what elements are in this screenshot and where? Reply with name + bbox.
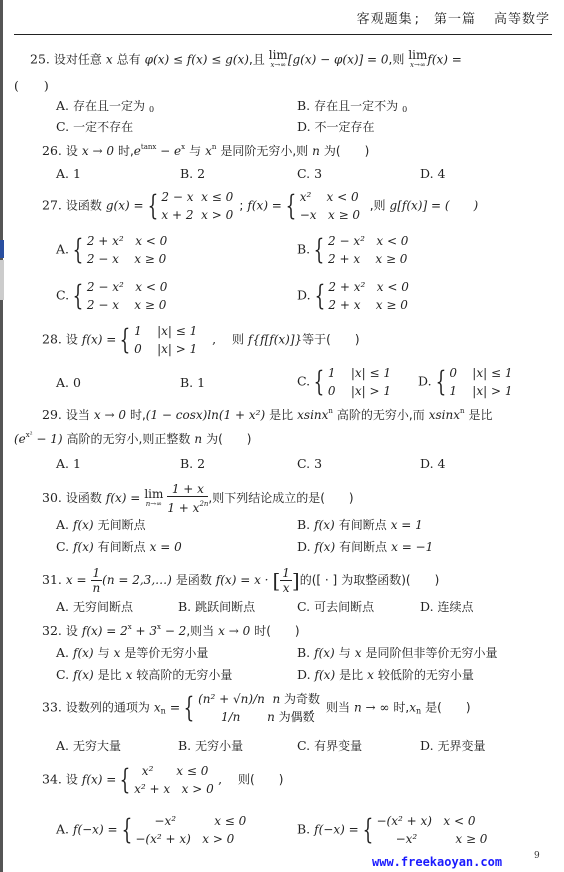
- option-27-d: D.{2 + x² x < 02 + x x ≥ 0: [297, 278, 409, 314]
- option-32-c: C. f(x) 是比 x 较高阶的无穷小量: [56, 666, 232, 683]
- page-header: 客观题集;第一篇高等数学: [357, 8, 550, 27]
- option-27-b: B.{2 − x² x < 02 + x x ≥ 0: [297, 232, 408, 268]
- option-25-b: B. 存在且一定不为 0: [297, 97, 407, 114]
- option-28-b: B. 1: [180, 375, 205, 390]
- header-book: 客观题集: [357, 12, 413, 27]
- question-32-stem: 32. 设 f(x) = 2x + 3x − 2,则当 x → 0 时( ): [42, 622, 300, 639]
- option-32-a: A. f(x) 与 x 是等价无穷小量: [56, 644, 208, 661]
- question-29-stem: 29. 设当 x → 0 时,(1 − cosx)ln(1 + x²) 是比 x…: [42, 406, 493, 423]
- option-31-a: A. 无穷间断点: [56, 598, 133, 615]
- option-30-a: A. f(x) 无间断点: [56, 516, 146, 533]
- header-rule: [14, 34, 552, 35]
- option-34-a: A. f(−x) ={ −x² x ≤ 0−(x² + x) x > 0: [56, 812, 246, 848]
- option-34-b: B. f(−x) ={−(x² + x) x < 0 −x² x ≥ 0: [297, 812, 487, 848]
- left-window-border: [0, 0, 3, 872]
- page-number: 9: [534, 851, 540, 861]
- option-30-d: D. f(x) 有间断点 x = −1: [297, 538, 433, 555]
- option-27-c: C.{2 − x² x < 02 − x x ≥ 0: [56, 278, 167, 314]
- question-30-stem: 30. 设函数 f(x) = limn→∞ 1 + x1 + x2n,则下列结论…: [42, 482, 354, 515]
- option-25-a: A. 存在且一定为 0: [56, 97, 154, 114]
- option-26-d: D. 4: [420, 166, 446, 181]
- option-28-c: C.{1 |x| ≤ 10 |x| > 1: [297, 364, 391, 400]
- question-33-stem: 33. 设数列的通项为 xn ={(n² + √n)/n n 为奇数 1/n n…: [42, 690, 471, 726]
- option-28-d: D.{0 |x| ≤ 11 |x| > 1: [418, 364, 512, 400]
- header-part: 第一篇: [434, 12, 476, 27]
- footer-url-link[interactable]: www.freekaoyan.com: [372, 855, 502, 869]
- option-31-b: B. 跳跃间断点: [178, 598, 255, 615]
- option-26-b: B. 2: [180, 166, 205, 181]
- option-26-a: A. 1: [56, 166, 81, 181]
- question-26-stem: 26. 设 x → 0 时,etanx − ex 与 xn 是同阶无穷小,则 n…: [42, 142, 369, 159]
- option-29-b: B. 2: [180, 456, 205, 471]
- option-30-c: C. f(x) 有间断点 x = 0: [56, 538, 182, 555]
- option-27-a: A.{2 + x² x < 02 − x x ≥ 0: [56, 232, 167, 268]
- option-33-a: A. 无穷大量: [56, 737, 121, 754]
- option-25-c: C. 一定不存在: [56, 118, 133, 135]
- option-30-b: B. f(x) 有间断点 x = 1: [297, 516, 423, 533]
- option-33-c: C. 有界变量: [297, 737, 362, 754]
- option-33-b: B. 无穷小量: [178, 737, 243, 754]
- question-25-blank: ( ): [14, 76, 49, 94]
- header-subject: 高等数学: [494, 12, 550, 27]
- option-31-c: C. 可去间断点: [297, 598, 374, 615]
- option-26-c: C. 3: [297, 166, 322, 181]
- left-edge-marks: [0, 240, 4, 300]
- question-25-stem: 25. 设对任意 x 总有 φ(x) ≤ f(x) ≤ g(x),且 limx→…: [30, 50, 462, 70]
- question-29-stem-cont: (ex² − 1) 高阶的无穷小,则正整数 n 为( ): [14, 430, 251, 447]
- question-27-stem: 27. 设函数 g(x) ={2 − x x ≤ 0x + 2 x > 0; f…: [42, 188, 478, 224]
- option-31-d: D. 连续点: [420, 598, 474, 615]
- question-28-stem: 28. 设 f(x) ={1 |x| ≤ 10 |x| > 1, 则 f{f[f…: [42, 322, 360, 358]
- option-28-a: A. 0: [56, 375, 81, 390]
- option-33-d: D. 无界变量: [420, 737, 486, 754]
- option-25-d: D. 不一定存在: [297, 118, 375, 135]
- option-29-c: C. 3: [297, 456, 322, 471]
- option-32-d: D. f(x) 是比 x 较低阶的无穷小量: [297, 666, 474, 683]
- option-29-a: A. 1: [56, 456, 81, 471]
- question-31-stem: 31. x = 1n(n = 2,3,…) 是函数 f(x) = x · [1x…: [42, 566, 439, 595]
- option-32-b: B. f(x) 与 x 是同阶但非等价无穷小量: [297, 644, 498, 661]
- question-34-stem: 34. 设 f(x) ={ x² x ≤ 0x² + x x > 0, 则( ): [42, 762, 283, 798]
- option-29-d: D. 4: [420, 456, 446, 471]
